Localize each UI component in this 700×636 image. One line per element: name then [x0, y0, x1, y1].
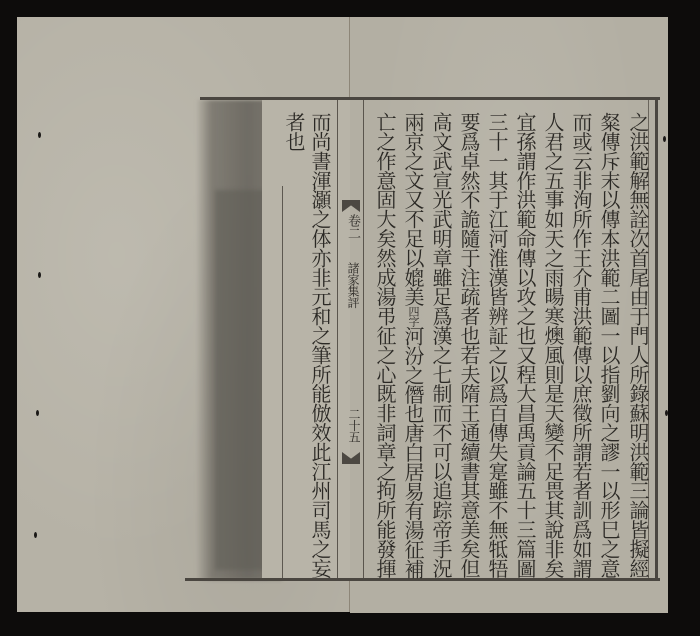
- text-column: 高文武宣光武明章雖足爲漢之七制而不可以追踪帝手況: [429, 112, 453, 578]
- text-column: 亡之作意固大矣然成湯弔征之心既非詞章之拘所能發揮: [373, 112, 397, 578]
- text-column: 宜孫謂作洪範命傳以攻之也又程大昌禹貢論五十三篇圖: [513, 112, 537, 578]
- interlinear-note: 四字: [407, 306, 420, 326]
- text-column: 而尚書渾灝之体亦非元和之筆所能倣效此江州司馬之妄: [308, 112, 332, 578]
- text-column: 而或云非洵所作王介甫洪範傳以庶徵所謂若者訓爲如謂: [569, 112, 593, 578]
- binding-hole: [34, 532, 37, 538]
- binding-hole: [38, 132, 41, 138]
- text-column: 人君之五事如天之雨暘寒燠風則是天變不足畏其說非矣: [541, 112, 565, 578]
- section-title: 諸家集評: [341, 262, 361, 308]
- page-number: 二十五: [341, 408, 361, 443]
- text-column: 之洪範解無詮次首尾由于門人所錄蘇明洪範三論皆擬經: [626, 112, 650, 578]
- frame-right-border: [655, 97, 658, 581]
- binding-hole: [38, 272, 41, 278]
- text-column: 粲傳斥末以傳本洪範二圖一以指劉向之謬一以形巳之意: [597, 112, 621, 578]
- text-column-short: 者也: [282, 112, 306, 151]
- binding-hole: [663, 136, 666, 142]
- text-column: 要爲卓然不詭隨于注疏者也若夫隋王通續書其意美矣但: [457, 112, 481, 578]
- text-column-with-note: 兩京之文又不足以媲美四字河汾之僭也唐白居易有湯征補: [401, 112, 425, 578]
- binding-hole: [665, 410, 668, 416]
- frame-bottom-border: [185, 578, 660, 581]
- text-segment: 兩京之文又不足以媲美: [401, 112, 425, 306]
- text-segment: 河汾之僭也唐白居易有湯征補: [401, 326, 425, 578]
- banxin-left-line: [337, 100, 338, 578]
- text-column: 三十一其于江河淮漢皆辨証之以爲百傳失寔雖不無牴牾: [485, 112, 509, 578]
- volume-label: 卷二: [341, 214, 361, 239]
- frame-top-border: [200, 97, 660, 100]
- left-frame-line: [282, 186, 283, 578]
- banxin-right-line: [363, 100, 364, 578]
- binding-hole: [36, 410, 39, 416]
